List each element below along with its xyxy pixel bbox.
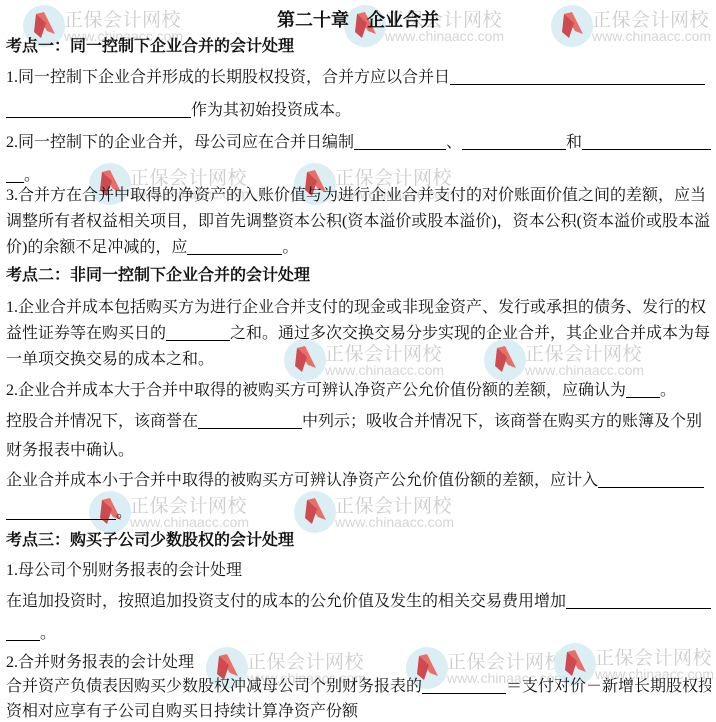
text-segment: 作为其初始投资成本。 <box>191 102 351 119</box>
text-line: 一单项交换交易的成本之和。 <box>6 350 711 370</box>
fill-in-blank-underline <box>198 413 302 429</box>
text-segment: 一单项交换交易的成本之和。 <box>6 351 214 368</box>
text-segment: 和 <box>566 134 582 151</box>
section-heading: 考点一：同一控制下企业合并的会计处理 <box>6 37 711 57</box>
text-segment: 2.合并财务报表的会计处理 <box>6 654 194 671</box>
text-line: 。 <box>6 503 711 523</box>
text-segment: 调整所有者权益相关项目，即首先调整资本公积(资本溢价或股本溢价)，资本公积(资本… <box>6 213 710 230</box>
fill-in-blank-underline <box>166 325 230 341</box>
text-line: 价)的余额不足冲减的，应。 <box>6 238 711 258</box>
text-line: 2.合并财务报表的会计处理 <box>6 653 711 673</box>
text-segment: 资相对应享有子公司自购买日持续计算净资产份额 <box>6 703 358 720</box>
text-segment: 3.合并方在合并中取得的净资产的入账价值与为进行企业合并支付的对价账面价值之间的… <box>6 187 706 204</box>
text-line: 2.企业合并成本大于合并中取得的被购买方可辨认净资产公允价值份额的差额，应确认为… <box>6 381 711 401</box>
fill-in-blank-underline <box>598 472 704 488</box>
fill-in-blank-underline <box>187 239 282 255</box>
text-segment: 在追加投资时，按照追加投资支付的成本的公允价值及发生的相关交易费用增加 <box>6 593 566 610</box>
text-line: 3.合并方在合并中取得的净资产的入账价值与为进行企业合并支付的对价账面价值之间的… <box>6 186 711 206</box>
text-segment: 1.企业合并成本包括购买方为进行企业合并支付的现金或非现金资产、发行或承担的债务… <box>6 299 706 316</box>
fill-in-blank-underline <box>422 678 506 694</box>
text-segment: 考点三：购买子公司少数股权的会计处理 <box>6 532 294 549</box>
text-line: 2.同一控制下的企业合并，母公司应在合并日编制、和 <box>6 133 711 153</box>
text-segment: 合并资产负债表因购买少数股权冲减母公司个别财务报表的 <box>6 678 422 695</box>
text-line: 在追加投资时，按照追加投资支付的成本的公允价值及发生的相关交易费用增加 <box>6 592 711 612</box>
text-segment: 。 <box>282 239 298 256</box>
document-page: 正保会计网校www.chinaacc.com正保会计网校www.chinaacc… <box>0 0 716 722</box>
text-line: 控股合并情况下，该商誉在中列示；吸收合并情况下，该商誉在购买方的账簿及个别 <box>6 412 711 432</box>
text-segment: ＝支付对价－新增长期股权投 <box>506 678 711 695</box>
section-heading: 考点二：非同一控制下企业合并的会计处理 <box>6 266 711 286</box>
text-segment: 。 <box>40 625 56 642</box>
fill-in-blank-underline <box>450 69 705 85</box>
page-title: 第二十章 企业合并 <box>0 6 716 32</box>
text-segment: 考点一：同一控制下企业合并的会计处理 <box>6 38 294 55</box>
fill-in-blank-underline <box>6 625 40 641</box>
text-segment: 1.母公司个别财务报表的会计处理 <box>6 562 242 579</box>
text-line: 。 <box>6 166 711 186</box>
text-segment: 、 <box>446 134 462 151</box>
text-segment: 考点二：非同一控制下企业合并的会计处理 <box>6 267 310 284</box>
text-line: 作为其初始投资成本。 <box>6 101 711 121</box>
text-line: 。 <box>6 624 711 644</box>
text-segment: 企业合并成本小于合并中取得的被购买方可辨认净资产公允价值份额的差额，应计入 <box>6 472 598 489</box>
fill-in-blank-underline <box>6 102 191 118</box>
text-line: 合并资产负债表因购买少数股权冲减母公司个别财务报表的＝支付对价－新增长期股权投 <box>6 677 711 697</box>
text-line: 益性证券等在购买日的之和。通过多次交换交易分步实现的企业合并，其企业合并成本为每 <box>6 324 711 344</box>
text-line: 1.同一控制下企业合并形成的长期股权投资，合并方应以合并日 <box>6 68 711 88</box>
text-line: 企业合并成本小于合并中取得的被购买方可辨认净资产公允价值份额的差额，应计入 <box>6 471 711 491</box>
text-segment: 2.企业合并成本大于合并中取得的被购买方可辨认净资产公允价值份额的差额，应确认为 <box>6 382 626 399</box>
fill-in-blank-underline <box>6 504 116 520</box>
text-line: 1.企业合并成本包括购买方为进行企业合并支付的现金或非现金资产、发行或承担的债务… <box>6 298 711 318</box>
text-line: 资相对应享有子公司自购买日持续计算净资产份额 <box>6 702 711 722</box>
fill-in-blank-underline <box>354 134 446 150</box>
text-segment: 1.同一控制下企业合并形成的长期股权投资，合并方应以合并日 <box>6 69 450 86</box>
text-segment: 控股合并情况下，该商誉在 <box>6 413 198 430</box>
fill-in-blank-underline <box>6 167 24 183</box>
fill-in-blank-underline <box>582 134 711 150</box>
text-segment: 财务报表中确认。 <box>6 442 134 459</box>
fill-in-blank-underline <box>566 593 711 609</box>
section-heading: 考点三：购买子公司少数股权的会计处理 <box>6 531 711 551</box>
text-segment: 。 <box>660 382 676 399</box>
text-segment: 。 <box>116 504 132 521</box>
text-segment: 益性证券等在购买日的 <box>6 325 166 342</box>
text-segment: 之和。通过多次交换交易分步实现的企业合并，其企业合并成本为每 <box>230 325 710 342</box>
text-line: 财务报表中确认。 <box>6 441 711 461</box>
text-segment: 。 <box>24 167 40 184</box>
text-line: 1.母公司个别财务报表的会计处理 <box>6 561 711 581</box>
text-segment: 价)的余额不足冲减的，应 <box>6 239 187 256</box>
fill-in-blank-underline <box>626 382 660 398</box>
fill-in-blank-underline <box>462 134 566 150</box>
text-segment: 中列示；吸收合并情况下，该商誉在购买方的账簿及个别 <box>302 413 702 430</box>
text-line: 调整所有者权益相关项目，即首先调整资本公积(资本溢价或股本溢价)，资本公积(资本… <box>6 212 711 232</box>
text-segment: 2.同一控制下的企业合并，母公司应在合并日编制 <box>6 134 354 151</box>
